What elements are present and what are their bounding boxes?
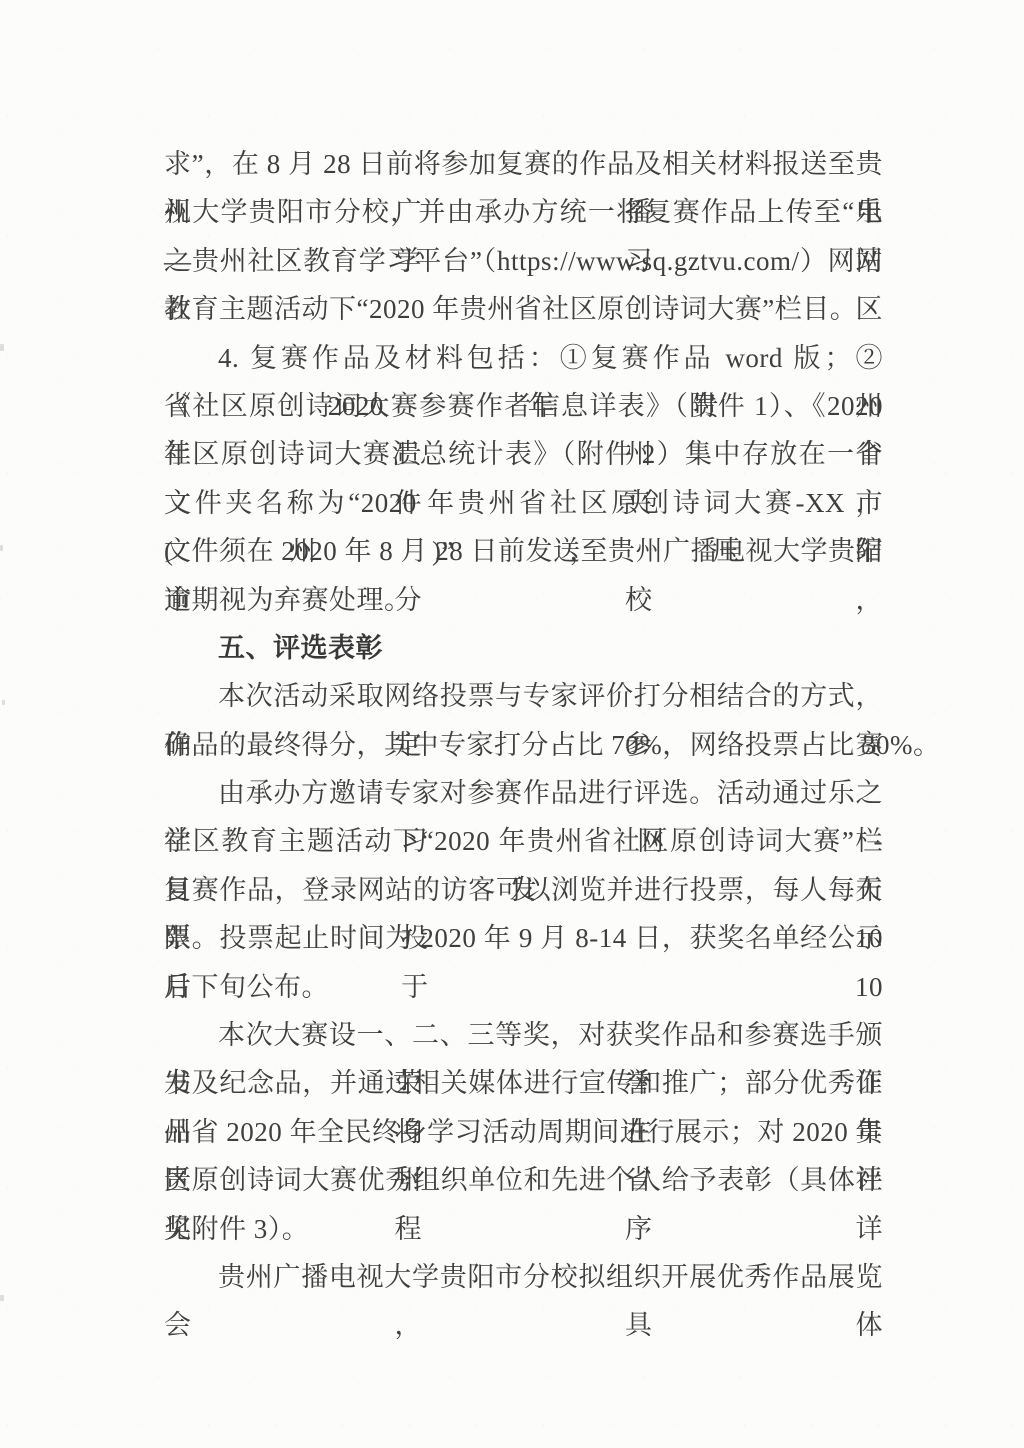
scanned-document-page: 求”，在 8 月 28 日前将参加复赛的作品及相关材料报送至贵州广播电 视大学贵… <box>0 0 1024 1448</box>
doc-line: 4. 复赛作品及材料包括：①复赛作品 word 版；②《2020 年贵州 <box>164 334 883 382</box>
document-text-block: 求”，在 8 月 28 日前将参加复赛的作品及相关材料报送至贵州广播电 视大学贵… <box>164 140 883 1301</box>
doc-line: 社区教育主题活动下“2020 年贵州省社区原创诗词大赛”栏目发布 <box>164 817 883 865</box>
doc-line: 复赛作品，登录网站的访客可以浏览并进行投票，每人每天限投 10 <box>164 866 883 914</box>
doc-line: 区原创诗词大赛优秀组织单位和先进个人给予表彰（具体评奖程序详 <box>164 1156 883 1204</box>
scan-artifact <box>2 700 5 705</box>
doc-line: 省社区原创诗词大赛参赛作者信息详表》（附件 1）、《2020 年贵州省 <box>164 382 883 430</box>
doc-line: 贵州广播电视大学贵阳市分校拟组织开展优秀作品展览会，具体 <box>164 1253 883 1301</box>
doc-line: 书及纪念品，并通过相关媒体进行宣传和推广；部分优秀作品将在贵 <box>164 1059 883 1107</box>
doc-line: 文件须在 2020 年 8 月 28 日前发送至贵州广播电视大学贵阳市分校， <box>164 527 883 575</box>
doc-line: 社区原创诗词大赛汇总统计表》（附件 2）集中存放在一个文件夹， <box>164 430 883 478</box>
doc-line: 票。投票起止时间为 2020 年 9 月 8-14 日，获奖名单经公示后于 10 <box>164 914 883 962</box>
doc-line: 作品的最终得分，其中专家打分占比 70%，网络投票占比 30%。 <box>164 721 883 769</box>
scan-artifact <box>0 344 4 351</box>
doc-line: 求”，在 8 月 28 日前将参加复赛的作品及相关材料报送至贵州广播电 <box>164 140 883 188</box>
doc-line: 视大学贵阳市分校，并由承办方统一将复赛作品上传至“乐之学习网 <box>164 188 883 236</box>
doc-line: —贵州社区教育学习平台”（https://www.sq.gztvu.com/）网… <box>164 237 883 285</box>
scan-artifact <box>0 545 3 551</box>
doc-line: 州省 2020 年全民终身学习活动周期间进行展示；对 2020 年贵州省社 <box>164 1108 883 1156</box>
scan-artifact <box>0 1295 4 1301</box>
doc-line: 文件夹名称为“2020 年贵州省社区原创诗词大赛-XX 市(州)”，压缩 <box>164 479 883 527</box>
doc-line: 由承办方邀请专家对参赛作品进行评选。活动通过乐之学习网- <box>164 769 883 817</box>
doc-line: 本次大赛设一、二、三等奖，对获奖作品和参赛选手颁发荣誉证 <box>164 1011 883 1059</box>
doc-line: 教育主题活动下“2020 年贵州省社区原创诗词大赛”栏目。 <box>164 285 883 333</box>
section-heading: 五、评选表彰 <box>164 624 883 672</box>
doc-line: 本次活动采取网络投票与专家评价打分相结合的方式，确定参赛 <box>164 672 883 720</box>
